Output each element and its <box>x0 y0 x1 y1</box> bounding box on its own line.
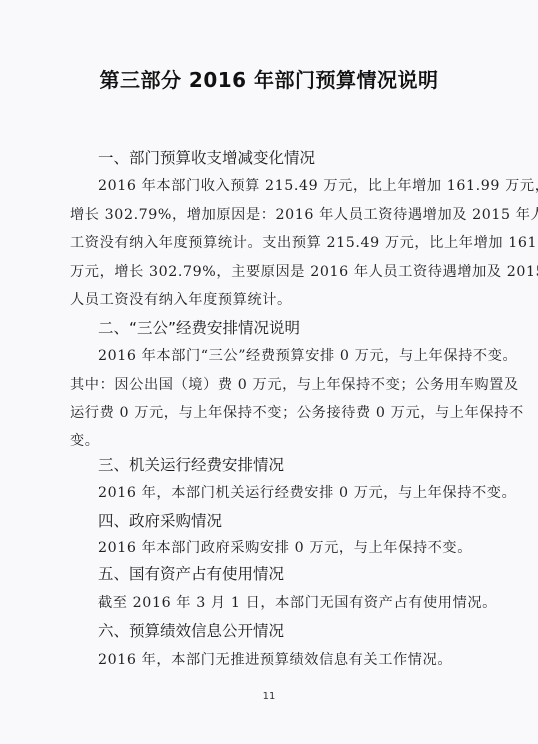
document-page: 第三部分 2016 年部门预算情况说明 一、部门预算收支增减变化情况 2016 … <box>0 0 538 744</box>
paragraph-line: 2016 年本部门政府采购安排 0 万元，与上年保持不变。 <box>98 537 534 559</box>
section-heading-6: 六、预算绩效信息公开情况 <box>98 620 284 642</box>
paragraph-line: 2016 年，本部门无推进预算绩效信息有关工作情况。 <box>98 649 534 671</box>
paragraph-line: 增长 302.79%，增加原因是：2016 年人员工资待遇增加及 2015 年人… <box>70 204 506 226</box>
section-heading-4: 四、政府采购情况 <box>98 510 222 532</box>
paragraph-line: 变。 <box>70 430 506 452</box>
section-heading-3: 三、机关运行经费安排情况 <box>98 454 284 476</box>
paragraph-line: 截至 2016 年 3 月 1 日，本部门无国有资产占有使用情况。 <box>98 592 534 614</box>
paragraph-line: 运行费 0 万元，与上年保持不变；公务接待费 0 万元，与上年保持不 <box>70 402 506 424</box>
section-heading-5: 五、国有资产占有使用情况 <box>98 563 284 585</box>
section-heading-1: 一、部门预算收支增减变化情况 <box>98 147 315 169</box>
paragraph-line: 其中：因公出国（境）费 0 万元，与上年保持不变；公务用车购置及 <box>70 374 506 396</box>
paragraph-line: 2016 年本部门“三公”经费预算安排 0 万元，与上年保持不变。 <box>98 345 534 367</box>
paragraph-line: 2016 年本部门收入预算 215.49 万元，比上年增加 161.99 万元， <box>98 175 534 197</box>
page-title: 第三部分 2016 年部门预算情况说明 <box>0 66 538 94</box>
paragraph-line: 工资没有纳入年度预算统计。支出预算 215.49 万元，比上年增加 161.99 <box>70 232 506 254</box>
page-number: 11 <box>0 691 538 702</box>
section-heading-2: 二、“三公”经费安排情况说明 <box>98 317 300 339</box>
paragraph-line: 万元，增长 302.79%，主要原因是 2016 年人员工资待遇增加及 2015… <box>70 261 506 283</box>
paragraph-line: 2016 年，本部门机关运行经费安排 0 万元，与上年保持不变。 <box>98 482 534 504</box>
paragraph-line: 人员工资没有纳入年度预算统计。 <box>70 289 506 311</box>
